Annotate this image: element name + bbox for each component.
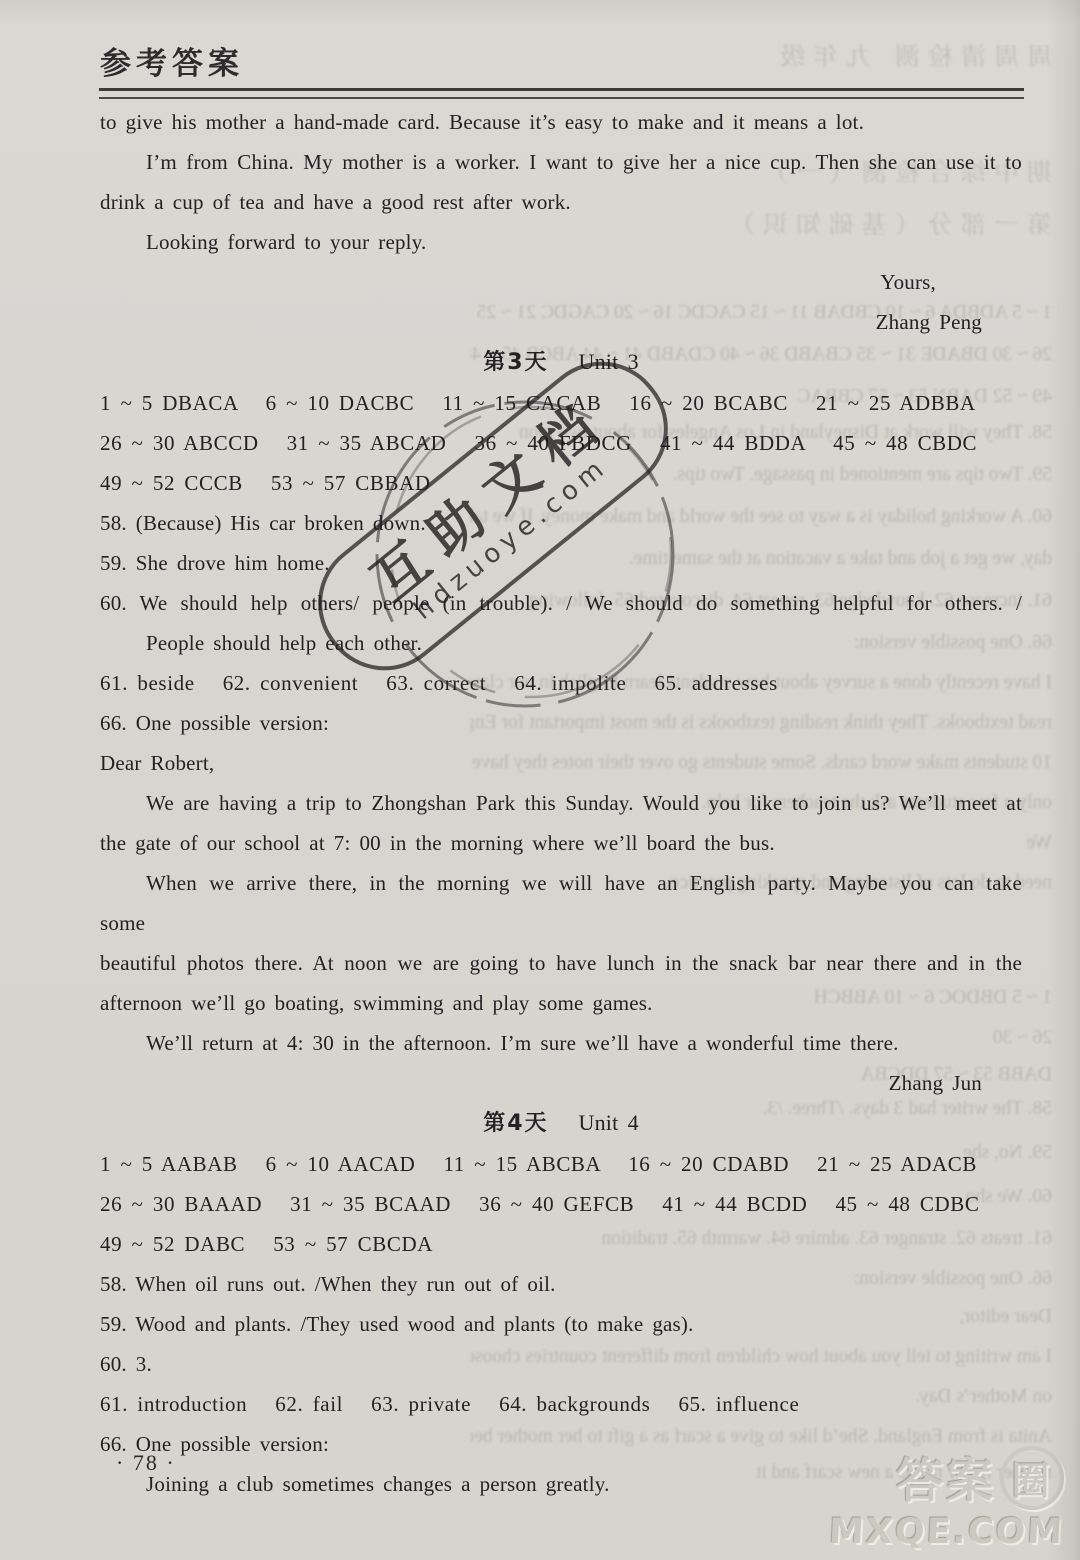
page-number: · 78 · — [116, 1450, 176, 1476]
letter-signature: Zhang Peng — [100, 302, 1022, 342]
unit3-letter-salutation: Dear Robert, — [100, 743, 1022, 783]
unit4-letter-line: Joining a club sometimes changes a perso… — [100, 1464, 1022, 1504]
letter-intro-line: to give his mother a hand-made card. Bec… — [100, 102, 1022, 142]
letter-signoff: Yours, — [100, 262, 1022, 302]
unit3-letter-line: afternoon we’ll go boating, swimming and… — [100, 983, 1022, 1023]
ghost-line: 周周清检测 九年级 — [520, 44, 1052, 70]
unit4-heading: 第4天Unit 4 — [100, 1103, 1022, 1144]
unit4-answer-61-65: 61. introduction 62. fail 63. private 64… — [100, 1384, 1022, 1424]
unit4-mcq-row: 1 ~ 5 AABAB 6 ~ 10 AACAD 11 ~ 15 ABCBA 1… — [100, 1144, 1022, 1184]
unit3-mcq-row: 26 ~ 30 ABCCD 31 ~ 35 ABCAD 36 ~ 40 FBDC… — [100, 423, 1022, 463]
unit3-answer-60-cont: People should help each other. — [100, 623, 1022, 663]
unit3-letter-line: the gate of our school at 7: 00 in the m… — [100, 823, 1022, 863]
watermark-site-url: MXQE.COM — [828, 1512, 1065, 1552]
page-title: 参考答案 — [100, 38, 244, 83]
unit3-letter-line: beautiful photos there. At noon we are g… — [100, 943, 1022, 983]
unit3-answer-61-65: 61. beside 62. convenient 63. correct 64… — [100, 663, 1022, 703]
letter-intro-line: drink a cup of tea and have a good rest … — [100, 182, 1022, 222]
unit3-letter-line: When we arrive there, in the morning we … — [100, 863, 1022, 943]
unit4-day-label: 第4天 — [483, 1111, 548, 1136]
unit3-answer-66: 66. One possible version: — [100, 703, 1022, 743]
unit3-letter-line: We’ll return at 4: 30 in the afternoon. … — [100, 1023, 1022, 1063]
unit4-mcq-row: 49 ~ 52 DABC 53 ~ 57 CBCDA — [100, 1224, 1022, 1264]
unit3-answer-60: 60. We should help others/ people (in tr… — [100, 583, 1022, 623]
letter-intro-line: Looking forward to your reply. — [100, 222, 1022, 262]
answer-content: to give his mother a hand-made card. Bec… — [100, 102, 1022, 1504]
unit3-letter-line: We are having a trip to Zhongshan Park t… — [100, 783, 1022, 823]
scanned-answer-page: 周周清检测 九年级 期中综合检测（一） 第一部分（基础知识） 1 ~ 5 ADB… — [0, 0, 1080, 1560]
unit4-mcq-row: 26 ~ 30 BAAAD 31 ~ 35 BCAAD 36 ~ 40 GEFC… — [100, 1184, 1022, 1224]
unit3-unit-label: Unit 3 — [579, 349, 639, 374]
unit4-answer-60: 60. 3. — [100, 1344, 1022, 1384]
letter-intro-line: I’m from China. My mother is a worker. I… — [100, 142, 1022, 182]
unit3-answer-58: 58. (Because) His car broken down. — [100, 503, 1022, 543]
unit3-day-label: 第3天 — [483, 350, 548, 375]
unit3-answer-59: 59. She drove him home. — [100, 543, 1022, 583]
unit4-answer-66: 66. One possible version: — [100, 1424, 1022, 1464]
unit3-heading: 第3天Unit 3 — [100, 342, 1022, 383]
unit3-letter-signature: Zhang Jun — [100, 1063, 1022, 1103]
unit4-unit-label: Unit 4 — [579, 1110, 639, 1135]
unit3-mcq-row: 1 ~ 5 DBACA 6 ~ 10 DACBC 11 ~ 15 CACAB 1… — [100, 383, 1022, 423]
unit4-answer-58: 58. When oil runs out. /When they run ou… — [100, 1264, 1022, 1304]
unit4-answer-59: 59. Wood and plants. /They used wood and… — [100, 1304, 1022, 1344]
header-divider — [99, 88, 1024, 99]
unit3-mcq-row: 49 ~ 52 CCCB 53 ~ 57 CBBAD — [100, 463, 1022, 503]
